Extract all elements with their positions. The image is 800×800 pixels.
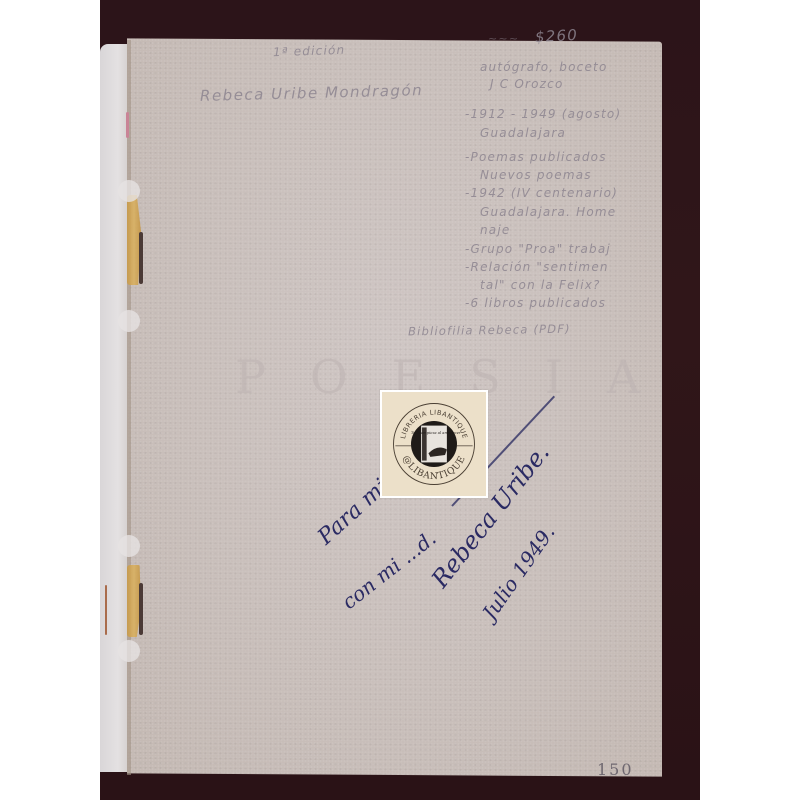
note-line: tal" con la Felix? bbox=[480, 278, 601, 292]
note-line: Nuevos poemas bbox=[480, 168, 592, 182]
note-line: -1912 - 1949 (agosto) bbox=[465, 107, 621, 121]
tear-mark bbox=[118, 640, 140, 662]
libantique-logo-icon: Todo empieza al amanecer LIBRERIA LIBANT… bbox=[388, 398, 480, 490]
bibliography-note: Bibliofilia Rebeca (PDF) bbox=[408, 322, 571, 339]
photo-stage: POESIA 1ª edición Rebeca Uribe Mondragón… bbox=[0, 0, 800, 800]
tear-mark bbox=[118, 180, 140, 202]
staple-top bbox=[139, 232, 143, 284]
staple-back bbox=[105, 585, 107, 635]
staple-bottom bbox=[139, 583, 143, 635]
note-line: -Relación "sentimen bbox=[465, 260, 609, 274]
tear-mark bbox=[118, 310, 140, 332]
back-cover-edge bbox=[100, 44, 130, 772]
page-number: 150 bbox=[597, 760, 634, 779]
note-line: naje bbox=[480, 223, 510, 237]
note-line: -6 libros publicados bbox=[465, 296, 606, 310]
price-prefix-note: ~~~ bbox=[488, 32, 519, 45]
note-line: J C Orozco bbox=[490, 77, 564, 91]
binding-crease bbox=[127, 40, 131, 775]
bookseller-stamp: Todo empieza al amanecer LIBRERIA LIBANT… bbox=[380, 390, 488, 498]
note-line: Guadalajara bbox=[480, 126, 566, 140]
edition-note: 1ª edición bbox=[273, 43, 346, 60]
note-line: autógrafo, boceto bbox=[480, 60, 608, 74]
note-line: -Grupo "Proa" trabaj bbox=[465, 242, 611, 256]
pink-mark bbox=[126, 112, 129, 138]
note-line: -1942 (IV centenario) bbox=[465, 186, 618, 200]
stamp-caption: Todo empieza al amanecer bbox=[411, 431, 461, 435]
note-line: -Poemas publicados bbox=[465, 150, 607, 164]
price-note: $260 bbox=[535, 26, 579, 46]
note-line: Guadalajara. Home bbox=[480, 205, 616, 219]
tear-mark bbox=[118, 535, 140, 557]
